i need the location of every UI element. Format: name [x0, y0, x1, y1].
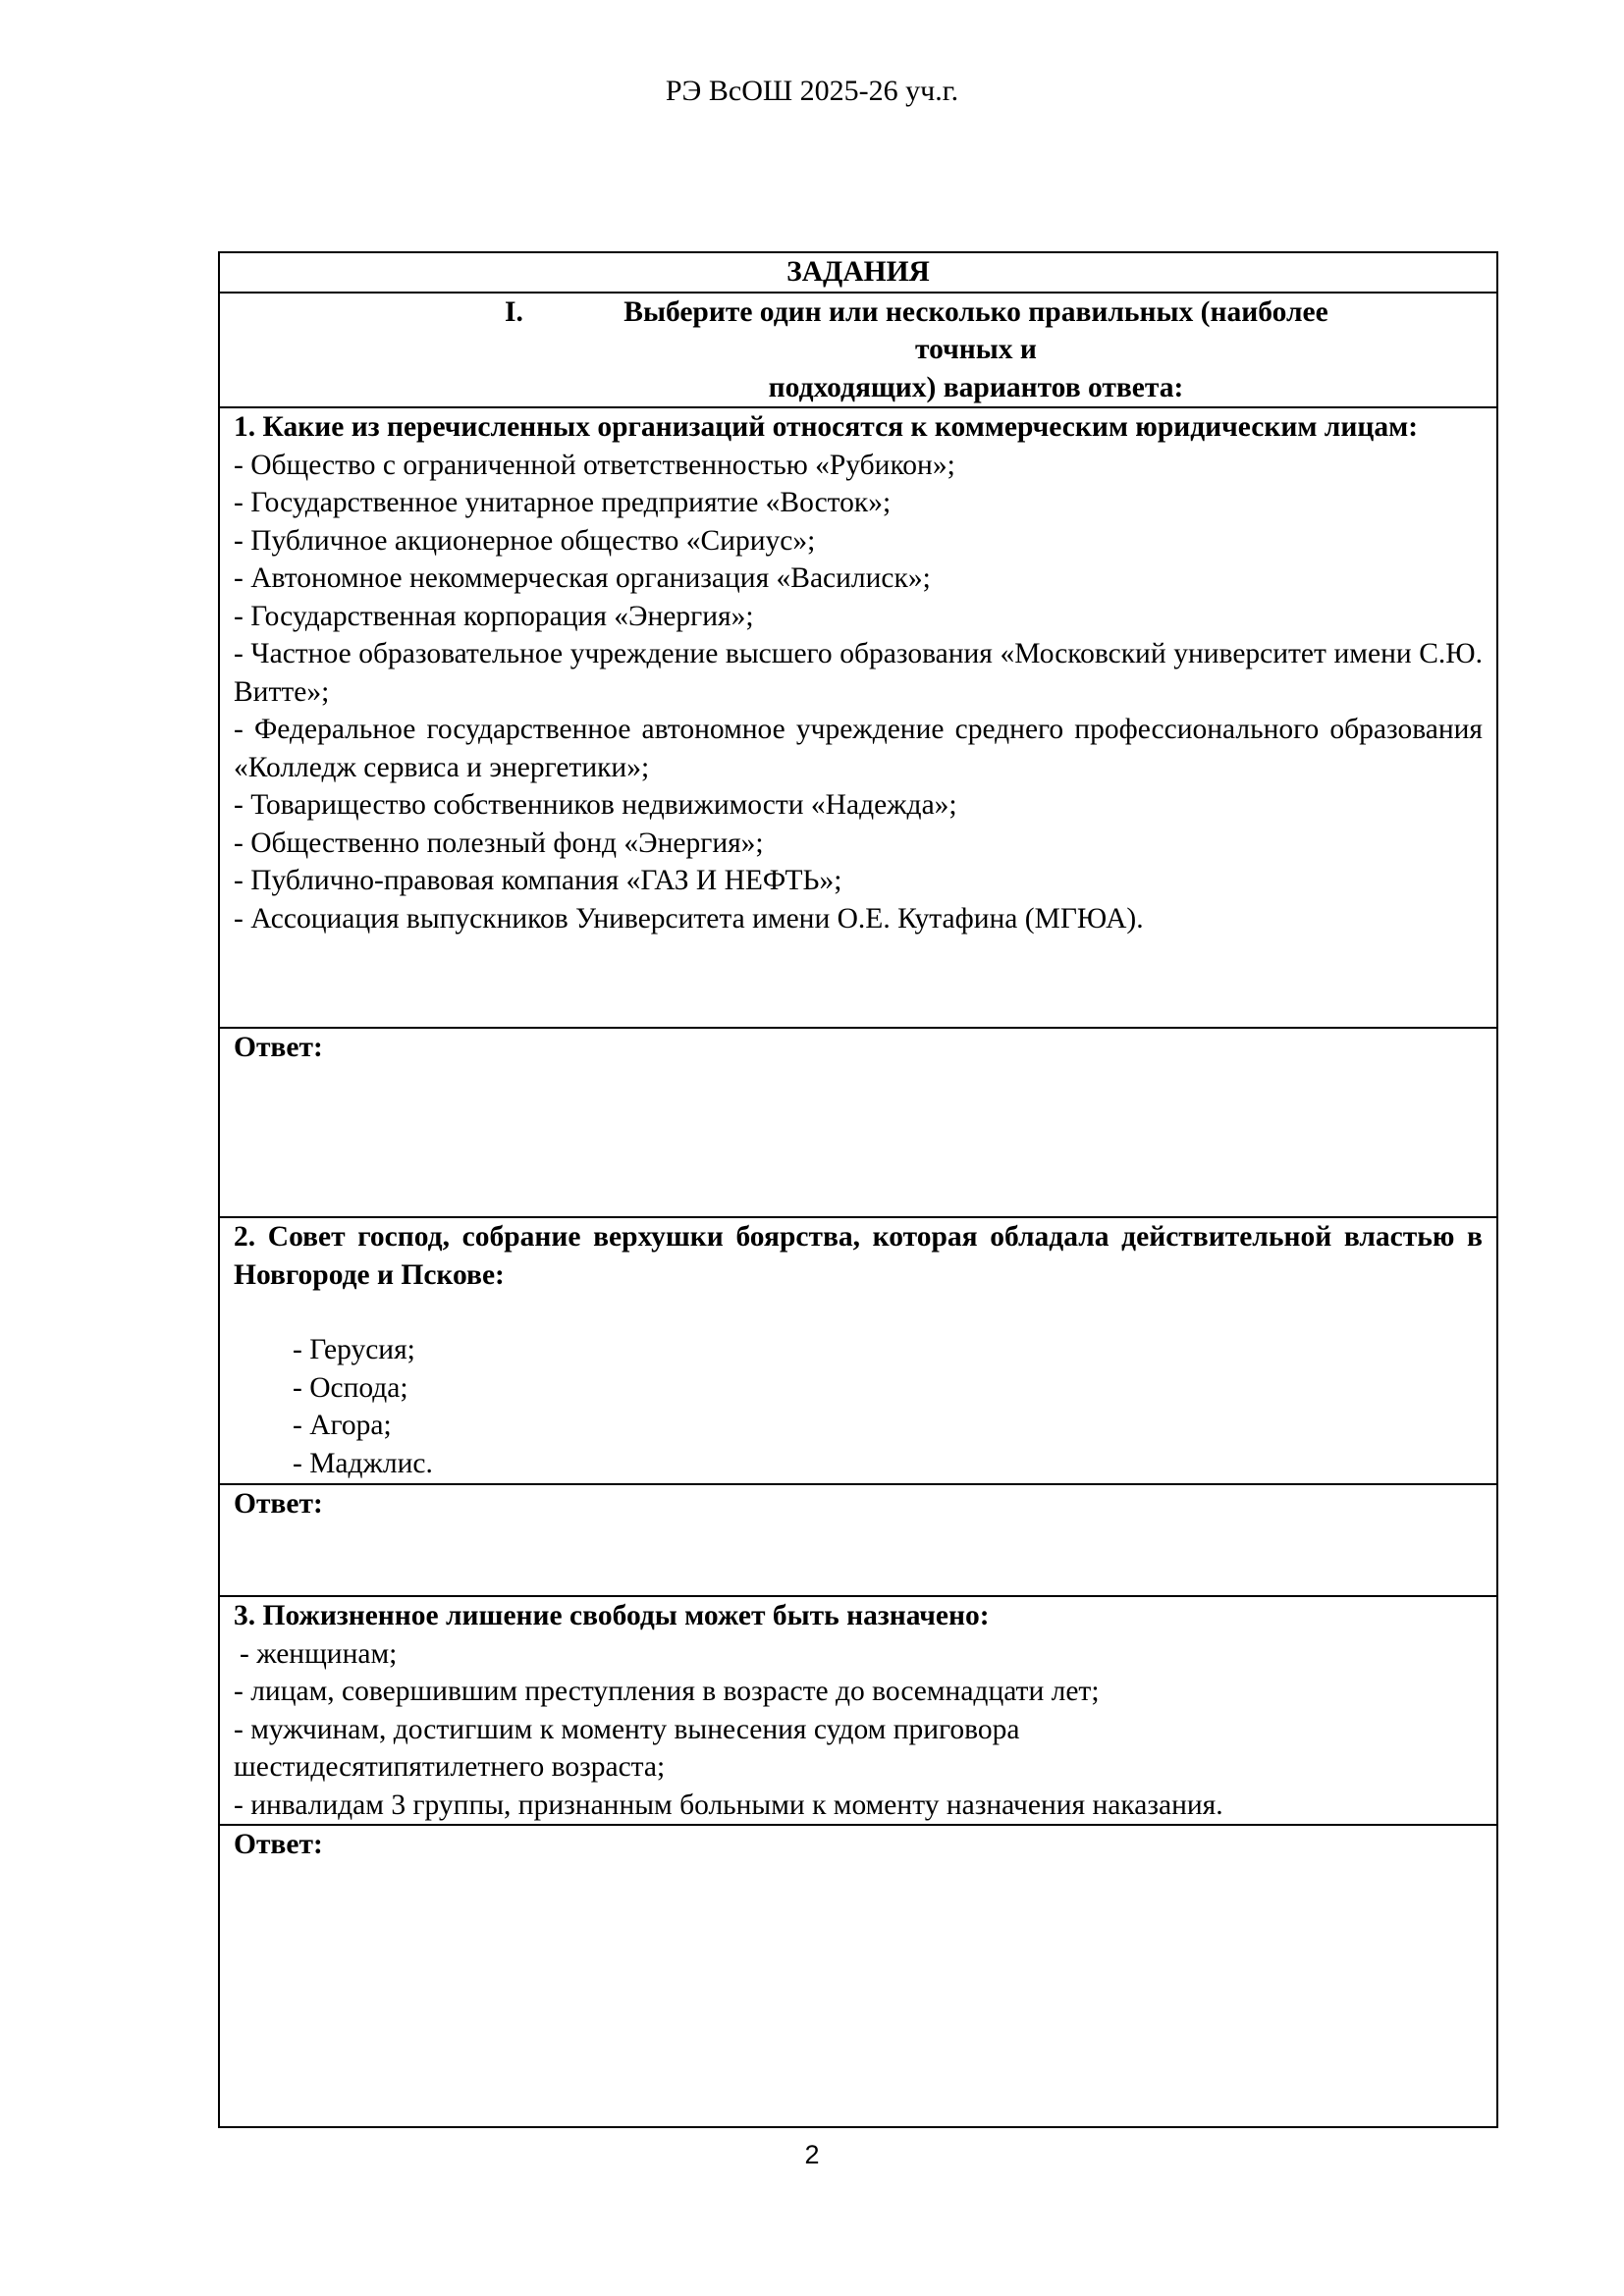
answer-1-field[interactable]: Ответ:: [219, 1028, 1497, 1217]
answer-3-label: Ответ:: [234, 1826, 1483, 1864]
answer-1-label: Ответ:: [234, 1029, 1483, 1067]
answer-3-row: Ответ:: [219, 1825, 1497, 2127]
page-header: РЭ ВсОШ 2025-26 уч.г.: [0, 75, 1624, 108]
question-2-text: 2. Совет господ, собрание верхушки боярс…: [234, 1218, 1483, 1294]
section-heading: I. Выберите один или несколько правильны…: [234, 294, 1483, 407]
page-number: 2: [0, 2140, 1624, 2170]
question-1-option: - Государственное унитарное предприятие …: [234, 484, 1483, 522]
question-1-row: 1. Какие из перечисленных организаций от…: [219, 407, 1497, 1028]
answer-2-row: Ответ:: [219, 1484, 1497, 1596]
question-3-option: - лицам, совершившим преступления в возр…: [234, 1673, 1483, 1711]
section-number: I.: [387, 294, 623, 407]
question-1-option: - Товарищество собственников недвижимост…: [234, 786, 1483, 825]
question-3-text: 3. Пожизненное лишение свободы может быт…: [234, 1597, 1483, 1635]
question-1-option: - Федеральное государственное автономное…: [234, 711, 1483, 786]
answer-3-field[interactable]: Ответ:: [219, 1825, 1497, 2127]
question-2-option: - Агора;: [234, 1407, 1483, 1445]
question-2-option: - Герусия;: [234, 1331, 1483, 1369]
question-1-text: 1. Какие из перечисленных организаций от…: [234, 408, 1483, 447]
question-2-option: - Маджлис.: [234, 1445, 1483, 1483]
question-3-row: 3. Пожизненное лишение свободы может быт…: [219, 1596, 1497, 1825]
tasks-table: ЗАДАНИЯ I. Выберите один или несколько п…: [218, 251, 1498, 2128]
table-title: ЗАДАНИЯ: [219, 252, 1497, 293]
question-1-option: - Ассоциация выпускников Университета им…: [234, 900, 1483, 938]
question-3-option: - женщинам;: [234, 1635, 1483, 1674]
answer-2-field[interactable]: Ответ:: [219, 1484, 1497, 1596]
table-title-row: ЗАДАНИЯ: [219, 252, 1497, 293]
section-instruction: Выберите один или несколько правильных (…: [623, 294, 1329, 407]
section-row: I. Выберите один или несколько правильны…: [219, 293, 1497, 408]
question-1-option: - Публично-правовая компания «ГАЗ И НЕФТ…: [234, 862, 1483, 900]
question-1-option: - Государственная корпорация «Энергия»;: [234, 598, 1483, 636]
question-3-option: - мужчинам, достигшим к моменту вынесени…: [234, 1711, 1483, 1787]
answer-1-row: Ответ:: [219, 1028, 1497, 1217]
answer-2-label: Ответ:: [234, 1485, 1483, 1523]
question-1-option: - Общественно полезный фонд «Энергия»;: [234, 825, 1483, 863]
question-2-row: 2. Совет господ, собрание верхушки боярс…: [219, 1217, 1497, 1484]
question-1-option: - Частное образовательное учреждение выс…: [234, 635, 1483, 711]
question-1-option: - Публичное акционерное общество «Сириус…: [234, 522, 1483, 561]
question-2-option: - Оспода;: [234, 1369, 1483, 1408]
question-3-option: - инвалидам 3 группы, признанным больным…: [234, 1787, 1483, 1825]
question-1-option: - Автономное некоммерческая организация …: [234, 560, 1483, 598]
question-1-option: - Общество с ограниченной ответственност…: [234, 447, 1483, 485]
